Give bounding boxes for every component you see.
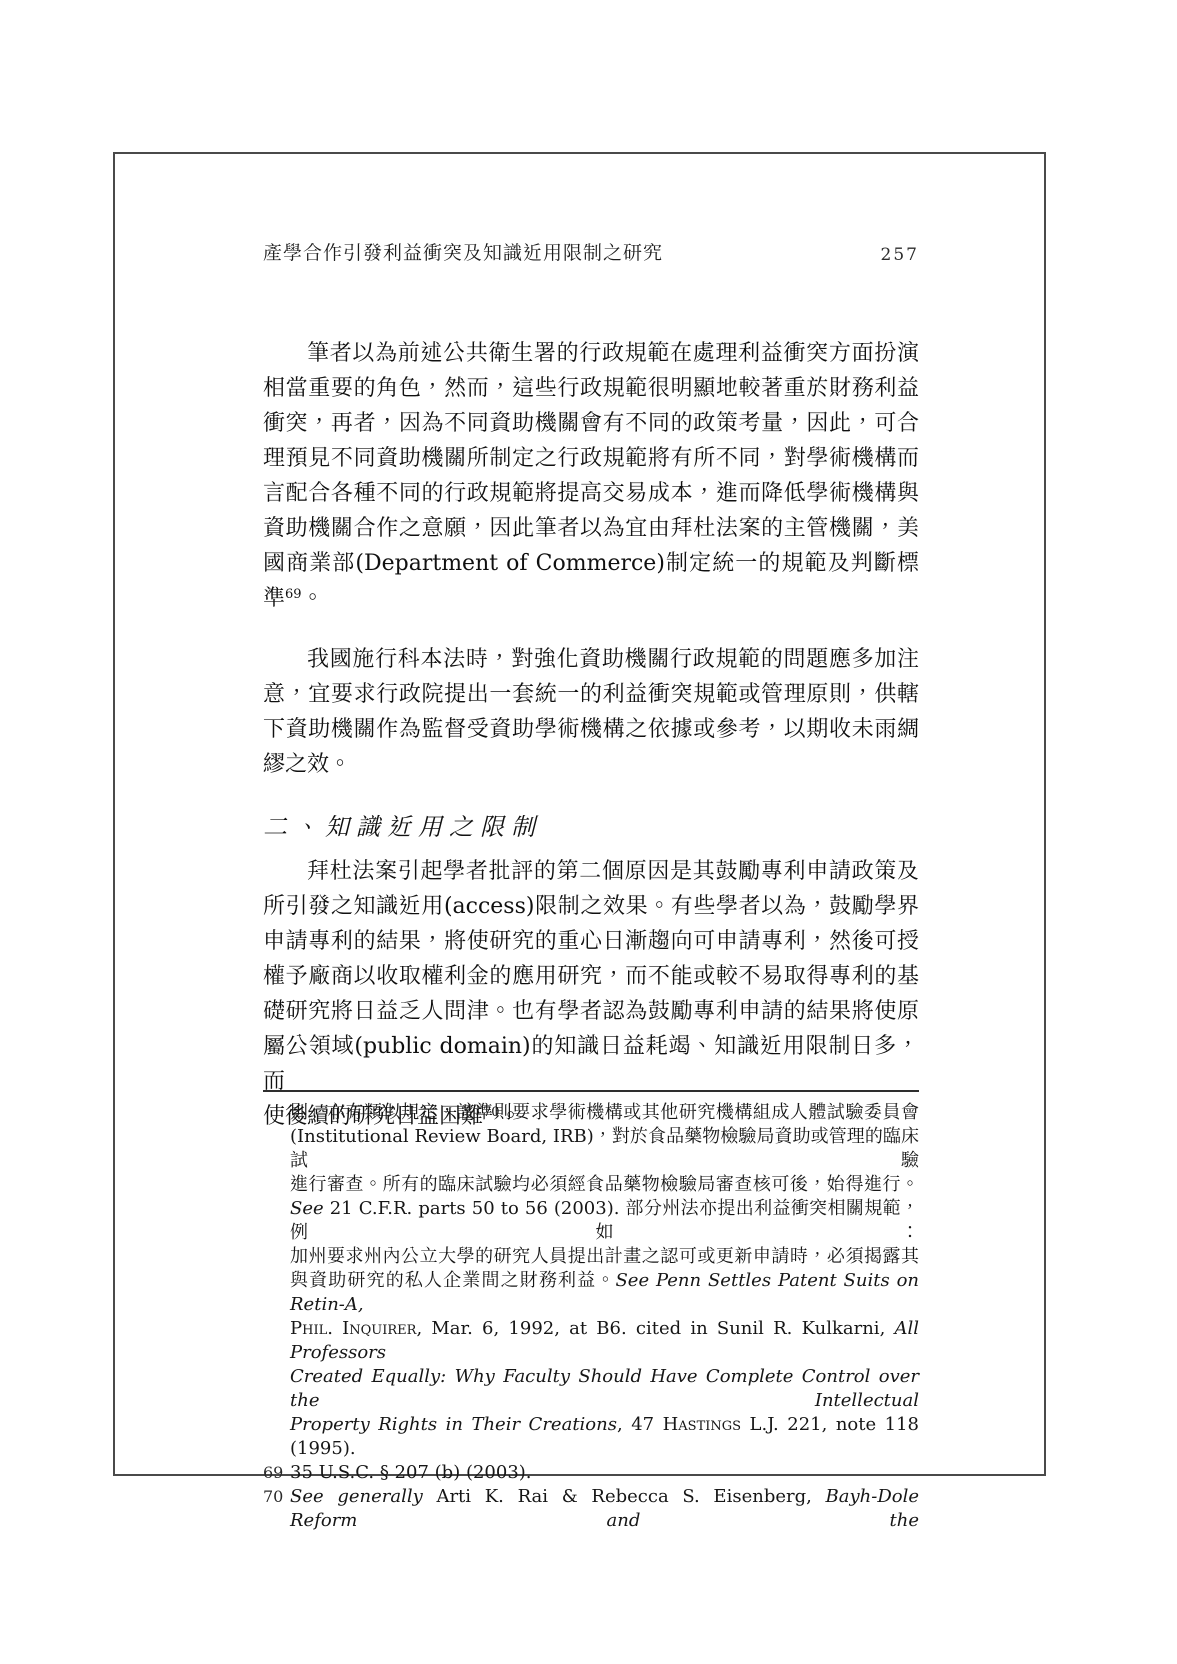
text-line: 繆之效。 bbox=[263, 747, 919, 782]
text-line: Created Equally: Why Faculty Should Have… bbox=[290, 1365, 919, 1413]
footnote-items: 6935 U.S.C. § 207 (b) (2003).70See gener… bbox=[263, 1461, 919, 1533]
text-line: 資助機關合作之意願，因此筆者以為宜由拜杜法案的主管機關，美 bbox=[263, 511, 919, 546]
text-line: 與資助研究的私人企業間之財務利益。See Penn Settles Patent… bbox=[290, 1269, 919, 1317]
page-header: 產學合作引發利益衝突及知識近用限制之研究 257 bbox=[263, 238, 919, 265]
text-line: 相當重要的角色，然而，這些行政規範很明顯地較著重於財務利益 bbox=[263, 371, 919, 406]
page-border: 產學合作引發利益衝突及知識近用限制之研究 257 筆者以為前述公共衛生署的行政規… bbox=[113, 152, 1046, 1476]
text-line: 言配合各種不同的行政規範將提高交易成本，進而降低學術機構與 bbox=[263, 476, 919, 511]
body-text: 筆者以為前述公共衛生署的行政規範在處理利益衝突方面扮演相當重要的角色，然而，這些… bbox=[263, 336, 919, 1134]
text-line: 筆者以為前述公共衛生署的行政規範在處理利益衝突方面扮演 bbox=[263, 336, 919, 371]
section-heading: 二、知識近用之限制 bbox=[263, 806, 919, 848]
text-line: (Institutional Review Board, IRB)，對於食品藥物… bbox=[290, 1125, 919, 1173]
scanned-paper-page: { "page": { "header": { "title": "產學合作引發… bbox=[0, 0, 1177, 1664]
text-line: See generally Arti K. Rai & Rebecca S. E… bbox=[290, 1485, 919, 1533]
footnote-number: 69 bbox=[263, 1461, 287, 1485]
text-line: Property Rights in Their Creations, 47 H… bbox=[290, 1413, 919, 1461]
footnote-reference: 69 bbox=[285, 587, 302, 602]
footnote-continuation: 則」亦有類似規定，該準則要求學術機構或其他研究機構組成人體試驗委員會(Insti… bbox=[290, 1101, 919, 1461]
text-line: 進行審查。所有的臨床試驗均必須經食品藥物檢驗局審查核可後，始得進行。 bbox=[290, 1173, 919, 1197]
footnote-number: 70 bbox=[263, 1485, 287, 1509]
text-line: 所引發之知識近用(access)限制之效果。有些學者以為，鼓勵學界 bbox=[263, 889, 919, 924]
footnote-block: 則」亦有類似規定，該準則要求學術機構或其他研究機構組成人體試驗委員會(Insti… bbox=[263, 1090, 919, 1533]
page-number: 257 bbox=[881, 245, 919, 265]
text-line: See 21 C.F.R. parts 50 to 56 (2003). 部分州… bbox=[290, 1197, 919, 1245]
text-line: 意，宜要求行政院提出一套統一的利益衝突規範或管理原則，供轄 bbox=[263, 677, 919, 712]
text-line: 衝突，再者，因為不同資助機關會有不同的政策考量，因此，可合 bbox=[263, 406, 919, 441]
text-line: 國商業部(Department of Commerce)制定統一的規範及判斷標準… bbox=[263, 546, 919, 616]
text-line: 屬公領域(public domain)的知識日益耗竭、知識近用限制日多，而 bbox=[263, 1029, 919, 1099]
body-paragraph: 筆者以為前述公共衛生署的行政規範在處理利益衝突方面扮演相當重要的角色，然而，這些… bbox=[263, 336, 919, 616]
text-line: Phil. Inquirer, Mar. 6, 1992, at B6. cit… bbox=[290, 1317, 919, 1365]
text-line: 我國施行科本法時，對強化資助機關行政規範的問題應多加注 bbox=[263, 642, 919, 677]
text-line: 礎研究將日益乏人問津。也有學者認為鼓勵專利申請的結果將使原 bbox=[263, 994, 919, 1029]
text-line: 則」亦有類似規定，該準則要求學術機構或其他研究機構組成人體試驗委員會 bbox=[290, 1101, 919, 1125]
text-line: 35 U.S.C. § 207 (b) (2003). bbox=[290, 1461, 919, 1485]
footnote-item: 70See generally Arti K. Rai & Rebecca S.… bbox=[263, 1485, 919, 1533]
text-line: 理預見不同資助機關所制定之行政規範將有所不同，對學術機構而 bbox=[263, 441, 919, 476]
text-line: 權予廠商以收取權利金的應用研究，而不能或較不易取得專利的基 bbox=[263, 959, 919, 994]
text-line: 拜杜法案引起學者批評的第二個原因是其鼓勵專利申請政策及 bbox=[263, 854, 919, 889]
footnote-item: 6935 U.S.C. § 207 (b) (2003). bbox=[263, 1461, 919, 1485]
running-head-title: 產學合作引發利益衝突及知識近用限制之研究 bbox=[263, 238, 663, 265]
text-line: 申請專利的結果，將使研究的重心日漸趨向可申請專利，然後可授 bbox=[263, 924, 919, 959]
text-line: 加州要求州內公立大學的研究人員提出計畫之認可或更新申請時，必須揭露其 bbox=[290, 1245, 919, 1269]
body-paragraph: 我國施行科本法時，對強化資助機關行政規範的問題應多加注意，宜要求行政院提出一套統… bbox=[263, 642, 919, 782]
text-line: 下資助機關作為監督受資助學術機構之依據或參考，以期收未雨綢 bbox=[263, 712, 919, 747]
